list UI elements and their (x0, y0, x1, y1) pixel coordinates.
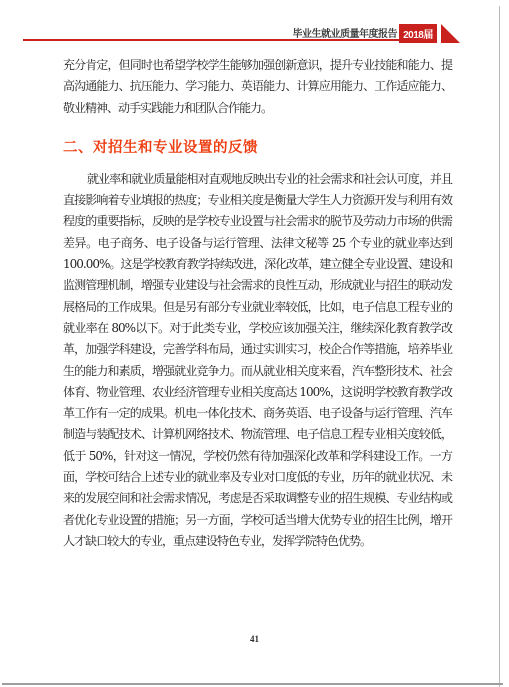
section-heading: 二、对招生和专业设置的反馈 (63, 136, 452, 157)
flag-triangle-icon (441, 24, 460, 43)
page-footer: 41 (0, 627, 509, 646)
page-number: 41 (250, 634, 259, 644)
feedback-paragraph: 就业率和就业质量能相对直观地反映出专业的社会需求和社会认可度，并且直接影响着专业… (63, 169, 452, 552)
year-badge: 2018届 (399, 24, 437, 43)
document-body: 充分肯定，但同时也希望学校学生能够加强创新意识，提升专业技能和能力、提高沟通能力… (63, 55, 452, 552)
page-header: 毕业生就业质量年度报告 2018届 (0, 0, 509, 50)
page-right-edge (499, 6, 500, 687)
continuation-paragraph: 充分肯定，但同时也希望学校学生能够加强创新意识，提升专业技能和能力、提高沟通能力… (63, 55, 452, 119)
report-title: 毕业生就业质量年度报告 (293, 25, 398, 40)
page-bottom-edge (2, 683, 503, 685)
